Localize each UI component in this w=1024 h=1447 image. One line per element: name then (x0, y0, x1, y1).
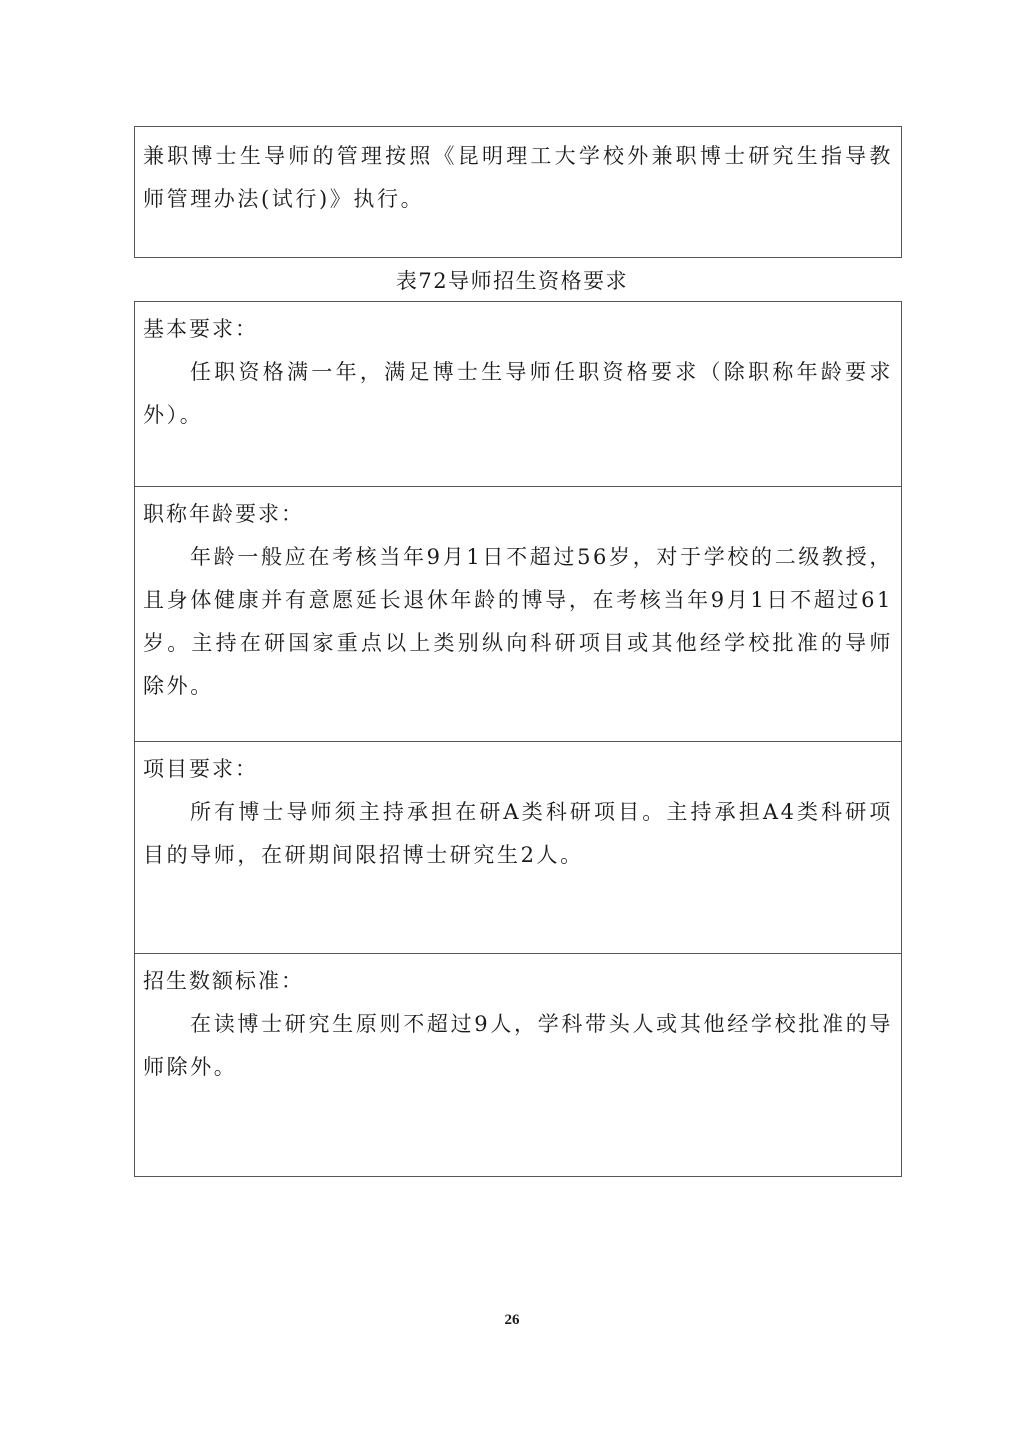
table-row-enrollment-quota: 招生数额标准： 在读博士研究生原则不超过9人，学科带头人或其他经学校批准的导师除… (135, 954, 901, 1178)
table-row-basic-requirements: 基本要求： 任职资格满一年，满足博士生导师任职资格要求（除职称年龄要求外）。 (135, 302, 901, 487)
section-title: 基本要求： (143, 308, 893, 351)
section-title: 项目要求： (143, 748, 893, 791)
part-time-supervisor-text: 兼职博士生导师的管理按照《昆明理工大学校外兼职博士研究生指导教师管理办法(试行)… (135, 127, 901, 221)
table-row-project-requirements: 项目要求： 所有博士导师须主持承担在研A类科研项目。主持承担A4类科研项目的导师… (135, 742, 901, 954)
section-title: 职称年龄要求： (143, 493, 893, 536)
continued-text-box: 兼职博士生导师的管理按照《昆明理工大学校外兼职博士研究生指导教师管理办法(试行)… (134, 126, 902, 258)
section-title: 招生数额标准： (143, 960, 893, 1003)
section-body: 任职资格满一年，满足博士生导师任职资格要求（除职称年龄要求外）。 (143, 351, 893, 437)
page-number: 26 (0, 1312, 1024, 1329)
supervisor-requirements-table: 基本要求： 任职资格满一年，满足博士生导师任职资格要求（除职称年龄要求外）。 职… (134, 301, 902, 1177)
table-row-title-age-requirements: 职称年龄要求： 年龄一般应在考核当年9月1日不超过56岁，对于学校的二级教授，且… (135, 487, 901, 742)
section-body: 在读博士研究生原则不超过9人，学科带头人或其他经学校批准的导师除外。 (143, 1003, 893, 1089)
section-body: 年龄一般应在考核当年9月1日不超过56岁，对于学校的二级教授，且身体健康并有意愿… (143, 536, 893, 708)
section-body: 所有博士导师须主持承担在研A类科研项目。主持承担A4类科研项目的导师，在研期间限… (143, 791, 893, 877)
table-caption: 表72导师招生资格要求 (0, 263, 1024, 299)
